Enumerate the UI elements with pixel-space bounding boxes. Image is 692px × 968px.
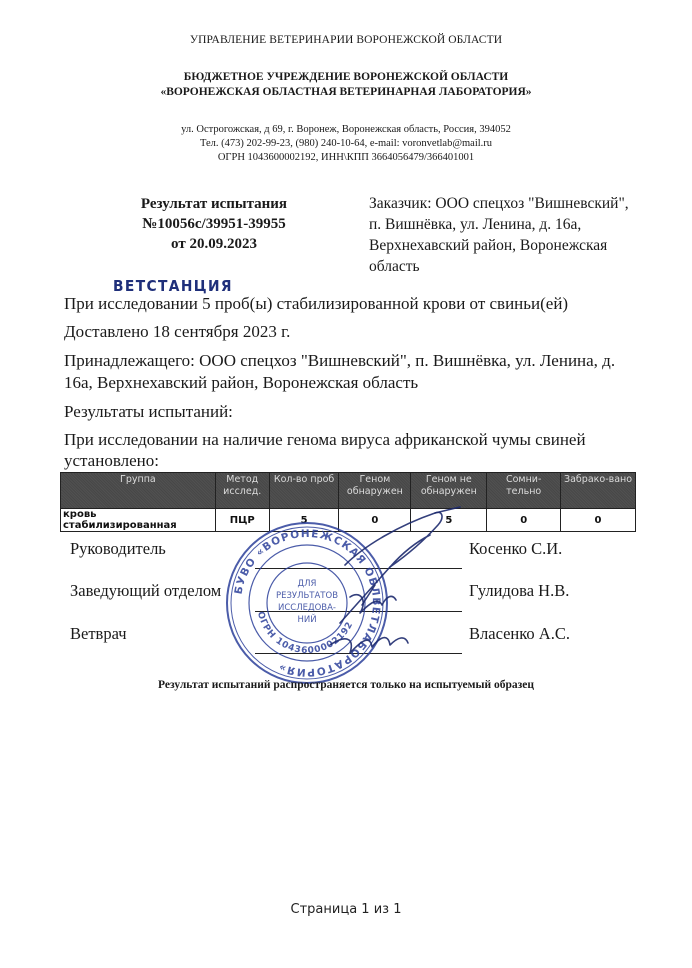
cell-doubtful: 0 xyxy=(487,509,561,532)
column-header-count: Кол-во проб xyxy=(269,473,339,509)
column-header-doubtful: Сомни-тельно xyxy=(487,473,561,509)
table-header-row: Группа Метод исслед. Кол-во проб Геном о… xyxy=(61,473,636,509)
cell-not-detected: 5 xyxy=(411,509,487,532)
organization-line-1: БЮДЖЕТНОЕ УЧРЕЖДЕНИЕ ВОРОНЕЖСКОЙ ОБЛАСТИ xyxy=(0,70,692,85)
results-table: Группа Метод исслед. Кол-во проб Геном о… xyxy=(60,472,636,532)
result-title: Результат испытания xyxy=(94,194,334,214)
signature-line xyxy=(255,568,462,569)
column-header-rejected: Забрако-вано xyxy=(561,473,636,509)
signature-name-vet: Власенко А.С. xyxy=(469,624,570,644)
cell-count: 5 xyxy=(269,509,339,532)
cell-method: ПЦР xyxy=(215,509,269,532)
department-header: УПРАВЛЕНИЕ ВЕТЕРИНАРИИ ВОРОНЕЖСКОЙ ОБЛАС… xyxy=(0,34,692,46)
result-title-block: Результат испытания №10056с/39951-39955 … xyxy=(94,194,334,254)
cell-group: кровь стабилизированная xyxy=(61,509,216,532)
stamp-outer-text: БУВО «ВОРОНЕЖСКАЯ ОБЛВЕТЛАБОРАТОРИЯ» xyxy=(233,528,383,678)
disclaimer: Результат испытаний распространяется тол… xyxy=(0,679,692,691)
contact-block: ул. Острогожская, д 69, г. Воронеж, Воро… xyxy=(0,123,692,165)
owner-info: Принадлежащего: ООО спецхоз "Вишневский"… xyxy=(64,350,644,394)
signature-name-department: Гулидова Н.В. xyxy=(469,581,569,601)
organization-line-2: «ВОРОНЕЖСКАЯ ОБЛАСТНАЯ ВЕТЕРИНАРНАЯ ЛАБО… xyxy=(0,85,692,100)
signature-role-department: Заведующий отделом xyxy=(70,581,221,601)
signature-line xyxy=(255,653,462,654)
svg-text:ОГРН 1043600002192: ОГРН 1043600002192 xyxy=(255,610,356,656)
stamp-inner-line-4: НИЙ xyxy=(297,613,316,625)
result-number: №10056с/39951-39955 xyxy=(94,214,334,234)
signature-role-vet: Ветврач xyxy=(70,624,127,644)
column-header-method: Метод исслед. xyxy=(215,473,269,509)
signature-role-head: Руководитель xyxy=(70,539,166,559)
result-date: от 20.09.2023 xyxy=(94,234,334,254)
cell-detected: 0 xyxy=(339,509,411,532)
registration-numbers: ОГРН 1043600002192, ИНН\КПП 3664056479/3… xyxy=(0,151,692,165)
organization-name: БЮДЖЕТНОЕ УЧРЕЖДЕНИЕ ВОРОНЕЖСКОЙ ОБЛАСТИ… xyxy=(0,70,692,100)
cell-rejected: 0 xyxy=(561,509,636,532)
results-label: Результаты испытаний: xyxy=(64,401,233,423)
signature-name-head: Косенко С.И. xyxy=(469,539,562,559)
signature-line xyxy=(255,611,462,612)
column-header-group: Группа xyxy=(61,473,216,509)
stamp-inner-line-2: РЕЗУЛЬТАТОВ xyxy=(276,591,338,601)
study-description: При исследовании 5 проб(ы) стабилизирова… xyxy=(64,293,568,315)
phones-email: Тел. (473) 202-99-23, (980) 240-10-64, e… xyxy=(0,137,692,151)
official-stamp-icon: БУВО «ВОРОНЕЖСКАЯ ОБЛВЕТЛАБОРАТОРИЯ» ОГР… xyxy=(222,518,392,688)
address: ул. Острогожская, д 69, г. Воронеж, Воро… xyxy=(0,123,692,137)
column-header-detected: Геном обнаружен xyxy=(339,473,411,509)
stamp-ogrn-text: ОГРН 1043600002192 xyxy=(255,610,356,656)
column-header-not-detected: Геном не обнаружен xyxy=(411,473,487,509)
page-number: Страница 1 из 1 xyxy=(0,902,692,917)
delivery-date: Доставлено 18 сентября 2023 г. xyxy=(64,321,290,343)
finding-statement: При исследовании на наличие генома вирус… xyxy=(64,429,624,471)
table-row: кровь стабилизированная ПЦР 5 0 5 0 0 xyxy=(61,509,636,532)
customer-info: Заказчик: ООО спецхоз "Вишневский", п. В… xyxy=(369,193,639,277)
stamp-inner-line-1: ДЛЯ xyxy=(298,579,317,589)
svg-text:БУВО «ВОРОНЕЖСКАЯ ОБЛВЕТЛАБОРА: БУВО «ВОРОНЕЖСКАЯ ОБЛВЕТЛАБОРАТОРИЯ» xyxy=(233,528,383,678)
